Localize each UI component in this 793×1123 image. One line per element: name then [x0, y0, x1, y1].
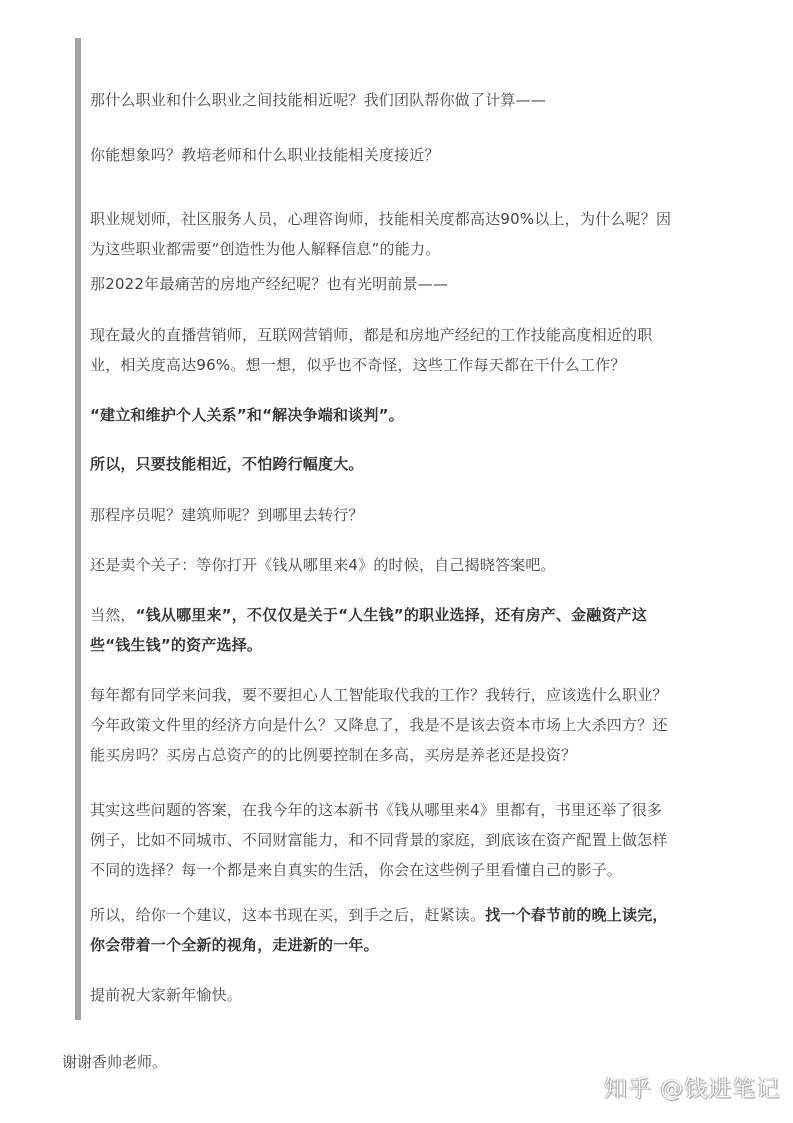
paragraph-line: 能买房吗？买房占总资产的的比例要控制在多高，买房是养老还是投资？	[90, 740, 720, 770]
paragraph-line: 为这些职业都需要“创造性为他人解释信息”的能力。	[90, 234, 720, 264]
bold-text-segment: 你会带着一个全新的视角，走进新的一年。	[90, 936, 379, 954]
text-segment: 所以，给你一个建议，这本书现在买，到手之后，赶紧读。	[90, 906, 485, 924]
paragraph-line: 所以，只要技能相近，不怕跨行幅度大。	[90, 449, 720, 479]
paragraph-line: 那程序员呢？建筑师呢？到哪里去转行？	[90, 500, 720, 530]
quote-paragraph: 所以，给你一个建议，这本书现在买，到手之后，赶紧读。找一个春节前的晚上读完，你会…	[90, 900, 720, 960]
paragraph-line: 那2022年最痛苦的房地产经纪呢？也有光明前景——	[90, 269, 720, 299]
text-segment: 为这些职业都需要“创造性为他人解释信息”的能力。	[90, 240, 440, 258]
zhihu-watermark: 知乎 @钱进笔记	[604, 1071, 780, 1107]
text-segment: 那程序员呢？建筑师呢？到哪里去转行？	[90, 506, 364, 524]
quote-paragraph: 那程序员呢？建筑师呢？到哪里去转行？	[90, 500, 720, 530]
paragraph-line: 那什么职业和什么职业之间技能相近呢？我们团队帮你做了计算——	[90, 85, 720, 115]
paragraph-line: 业，相关度高达96%。想一想，似乎也不奇怪，这些工作每天都在干什么工作？	[90, 350, 720, 380]
quote-paragraph: 那什么职业和什么职业之间技能相近呢？我们团队帮你做了计算——	[90, 85, 720, 115]
quote-paragraph: 职业规划师，社区服务人员，心理咨询师，技能相关度都高达90%以上，为什么呢？因为…	[90, 204, 720, 264]
paragraph-line: 所以，给你一个建议，这本书现在买，到手之后，赶紧读。找一个春节前的晚上读完，	[90, 900, 720, 930]
text-segment: 提前祝大家新年愉快。	[90, 986, 242, 1004]
paragraph-line: 其实这些问题的答案，在我今年的这本新书《钱从哪里来4》里都有，书里还举了很多	[90, 795, 720, 825]
text-segment: 当然，	[90, 606, 136, 624]
text-segment: 今年政策文件里的经济方向是什么？又降息了，我是不是该去资本市场上大杀四方？还	[90, 716, 668, 734]
text-segment: 不同的选择？每一个都是来自真实的生活，你会在这些例子里看懂自己的影子。	[90, 861, 622, 879]
text-segment: 那2022年最痛苦的房地产经纪呢？也有光明前景——	[90, 275, 448, 293]
paragraph-line: 你能想象吗？教培老师和什么职业技能相关度接近？	[90, 140, 720, 170]
bold-text-segment: “钱从哪里来”，不仅仅是关于“人生钱”的职业选择，还有房产、金融资产这	[136, 606, 647, 624]
text-segment: 那什么职业和什么职业之间技能相近呢？我们团队帮你做了计算——	[90, 91, 546, 109]
paragraph-line: “建立和维护个人关系”和“解决争端和谈判”。	[90, 400, 720, 430]
paragraph-line: 职业规划师，社区服务人员，心理咨询师，技能相关度都高达90%以上，为什么呢？因	[90, 204, 720, 234]
text-segment: 其实这些问题的答案，在我今年的这本新书《钱从哪里来4》里都有，书里还举了很多	[90, 801, 662, 819]
bold-text-segment: 找一个春节前的晚上读完，	[485, 906, 667, 924]
text-segment: 你能想象吗？教培老师和什么职业技能相关度接近？	[90, 146, 440, 164]
paragraph-line: 例子，比如不同城市、不同财富能力，和不同背景的家庭，到底该在资产配置上做怎样	[90, 825, 720, 855]
quote-paragraph: 其实这些问题的答案，在我今年的这本新书《钱从哪里来4》里都有，书里还举了很多例子…	[90, 795, 720, 885]
quote-paragraph: “建立和维护个人关系”和“解决争端和谈判”。	[90, 400, 720, 430]
paragraph-line: 你会带着一个全新的视角，走进新的一年。	[90, 930, 720, 960]
text-segment: 职业规划师，社区服务人员，心理咨询师，技能相关度都高达90%以上，为什么呢？因	[90, 210, 671, 228]
paragraph-line: 今年政策文件里的经济方向是什么？又降息了，我是不是该去资本市场上大杀四方？还	[90, 710, 720, 740]
text-segment: 能买房吗？买房占总资产的的比例要控制在多高，买房是养老还是投资？	[90, 746, 576, 764]
quote-paragraph: 所以，只要技能相近，不怕跨行幅度大。	[90, 449, 720, 479]
bold-text-segment: “建立和维护个人关系”和“解决争端和谈判”。	[90, 406, 404, 424]
quote-paragraph: 当然，“钱从哪里来”，不仅仅是关于“人生钱”的职业选择，还有房产、金融资产这些“…	[90, 600, 720, 660]
closing-text: 谢谢香帅老师。	[62, 1047, 167, 1077]
paragraph-line: 提前祝大家新年愉快。	[90, 980, 720, 1010]
paragraph-line: 不同的选择？每一个都是来自真实的生活，你会在这些例子里看懂自己的影子。	[90, 855, 720, 885]
paragraph-line: 些“钱生钱”的资产选择。	[90, 630, 720, 660]
text-segment: 业，相关度高达96%。想一想，似乎也不奇怪，这些工作每天都在干什么工作？	[90, 356, 626, 374]
quote-paragraph: 还是卖个关子：等你打开《钱从哪里来4》的时候，自己揭晓答案吧。	[90, 550, 720, 580]
paragraph-line: 现在最火的直播营销师，互联网营销师，都是和房地产经纪的工作技能高度相近的职	[90, 320, 720, 350]
text-segment: 例子，比如不同城市、不同财富能力，和不同背景的家庭，到底该在资产配置上做怎样	[90, 831, 668, 849]
quote-paragraph: 现在最火的直播营销师，互联网营销师，都是和房地产经纪的工作技能高度相近的职业，相…	[90, 320, 720, 380]
text-segment: 现在最火的直播营销师，互联网营销师，都是和房地产经纪的工作技能高度相近的职	[90, 326, 652, 344]
bold-text-segment: 些“钱生钱”的资产选择。	[90, 636, 262, 654]
text-segment: 还是卖个关子：等你打开《钱从哪里来4》的时候，自己揭晓答案吧。	[90, 556, 556, 574]
quote-paragraph: 你能想象吗？教培老师和什么职业技能相关度接近？	[90, 140, 720, 170]
quote-paragraph: 每年都有同学来问我，要不要担心人工智能取代我的工作？我转行，应该选什么职业？今年…	[90, 680, 720, 770]
paragraph-line: 每年都有同学来问我，要不要担心人工智能取代我的工作？我转行，应该选什么职业？	[90, 680, 720, 710]
bold-text-segment: 所以，只要技能相近，不怕跨行幅度大。	[90, 455, 364, 473]
paragraph-line: 还是卖个关子：等你打开《钱从哪里来4》的时候，自己揭晓答案吧。	[90, 550, 720, 580]
text-segment: 每年都有同学来问我，要不要担心人工智能取代我的工作？我转行，应该选什么职业？	[90, 686, 668, 704]
quote-paragraph: 那2022年最痛苦的房地产经纪呢？也有光明前景——	[90, 269, 720, 299]
quote-paragraph: 提前祝大家新年愉快。	[90, 980, 720, 1010]
paragraph-line: 当然，“钱从哪里来”，不仅仅是关于“人生钱”的职业选择，还有房产、金融资产这	[90, 600, 720, 630]
